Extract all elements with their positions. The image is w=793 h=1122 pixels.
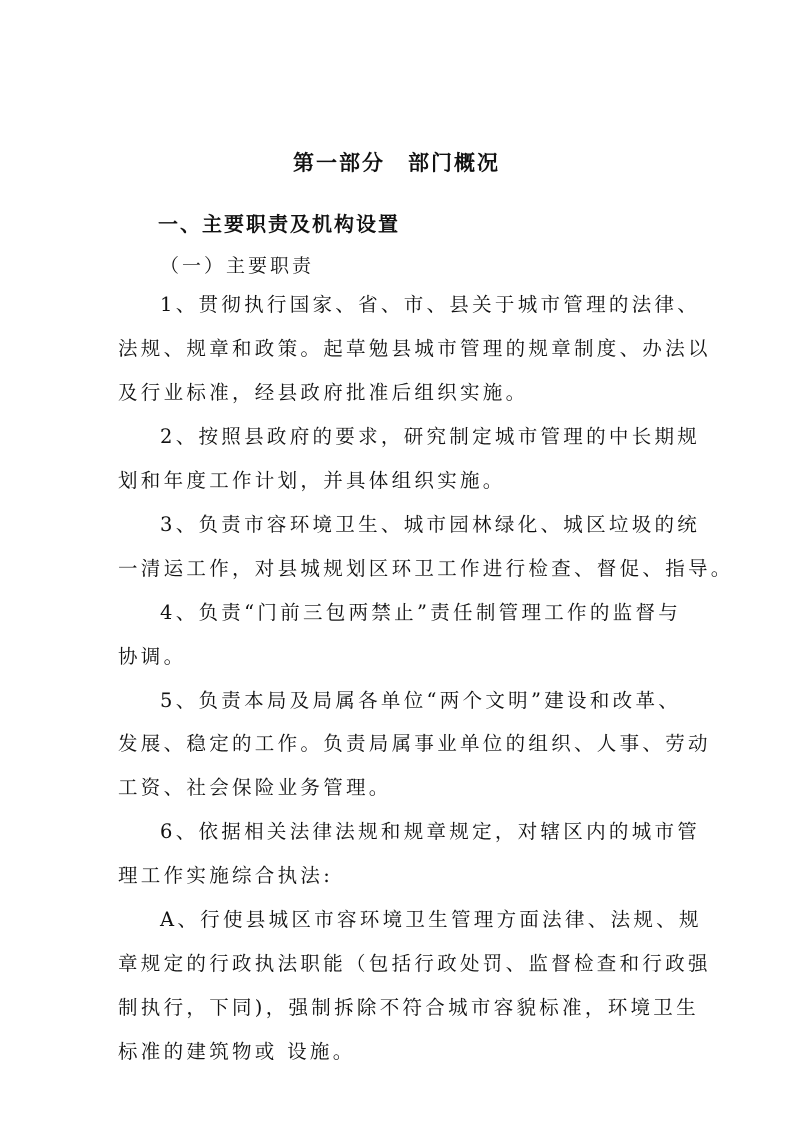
paragraph-line: 发展、稳定的工作。负责局属事业单位的组织、人事、劳动 (118, 731, 678, 757)
paragraph-line: 制执行，下同)，强制拆除不符合城市容貌标准，环境卫生 (118, 995, 678, 1021)
paragraph-line: 标准的建筑物或 设施。 (118, 1039, 678, 1065)
paragraph-line: 工资、社会保险业务管理。 (118, 775, 678, 801)
paragraph-line: A、行使县城区市容环境卫生管理方面法律、法规、规 (160, 907, 720, 933)
page-title: 第一部分 部门概况 (0, 147, 793, 177)
paragraph-line: 3、负责市容环境卫生、城市园林绿化、城区垃圾的统 (160, 512, 720, 538)
paragraph-line: 协调。 (118, 644, 678, 670)
paragraph-line: 5、负责本局及局属各单位“两个文明”建设和改革、 (160, 688, 720, 714)
paragraph-line: 2、按照县政府的要求，研究制定城市管理的中长期规 (160, 424, 720, 450)
paragraph-line: 划和年度工作计划，并具体组织实施。 (118, 468, 678, 494)
paragraph-line: 6、依据相关法律法规和规章规定，对辖区内的城市管 (160, 819, 720, 845)
paragraph-line: 章规定的行政执法职能（包括行政处罚、监督检查和行政强 (118, 951, 678, 977)
document-page: 第一部分 部门概况 一、主要职责及机构设置 （一）主要职责 1、贯彻执行国家、省… (0, 0, 793, 1122)
paragraph-line: 及行业标准，经县政府批准后组织实施。 (118, 380, 678, 406)
paragraph-line: 理工作实施综合执法: (118, 863, 678, 889)
paragraph-line: 法规、规章和政策。起草勉县城市管理的规章制度、办法以 (118, 336, 678, 362)
section-heading: 一、主要职责及机构设置 (158, 208, 400, 237)
paragraph-line: 4、负责“门前三包两禁止”责任制管理工作的监督与 (160, 600, 720, 626)
paragraph-line: 1、贯彻执行国家、省、市、县关于城市管理的法律、 (160, 292, 720, 318)
subsection-heading: （一）主要职责 (160, 251, 314, 278)
paragraph-line: 一清运工作，对县城规划区环卫工作进行检查、督促、指导。 (118, 556, 678, 582)
